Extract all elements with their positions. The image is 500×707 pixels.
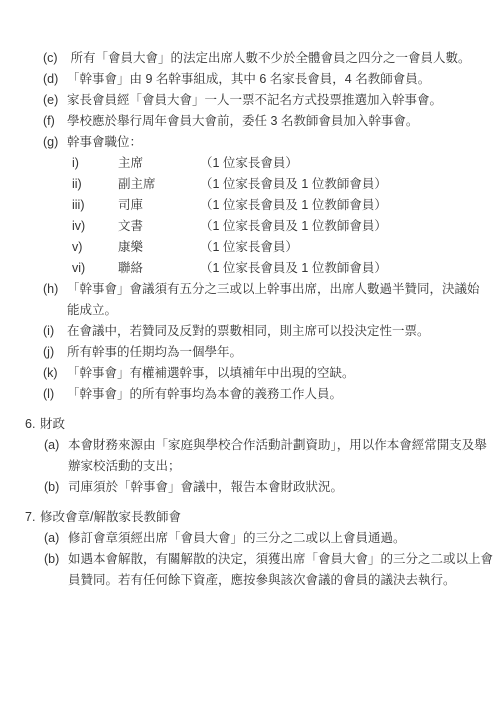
sections-container: 6.財政(a)本會財務來源由「家庭與學校合作活動計劃資助」，用以作本會經常開支及… [0, 414, 500, 591]
clause-item: (g)幹事會職位：i)主席（1 位家長會員）ii)副主席（1 位家長會員及 1 … [43, 132, 500, 279]
clause-item-line: 在會議中，若贊同及反對的票數相同，則主席可以投決定性一票。 [67, 321, 500, 342]
clause-item-line: 「幹事會」會議須有五分之三或以上幹事出席，出席人數過半贊同，決議始 [67, 279, 500, 300]
clause-item-label: (g) [43, 132, 67, 153]
officer-row: i)主席（1 位家長會員） [67, 153, 500, 174]
section-item-line: 辦家校活動的支出； [68, 456, 500, 477]
section-item-line: 修訂會章須經出席「會員大會」的三分之二或以上會員通過。 [68, 528, 500, 549]
section-item: (b)司庫須於「幹事會」會議中，報告本會財政狀況。 [44, 477, 500, 498]
officer-numeral: vi) [72, 258, 118, 279]
clause-item: (d)「幹事會」由 9 名幹事組成，其中 6 名家長會員，4 名教師會員。 [43, 69, 500, 90]
section-item-text: 修訂會章須經出席「會員大會」的三分之二或以上會員通過。 [68, 528, 500, 549]
officer-composition: （1 位家長會員及 1 位教師會員） [200, 258, 500, 279]
officer-numeral: i) [72, 153, 118, 174]
clause-item: (l)「幹事會」的所有幹事均為本會的義務工作人員。 [43, 384, 500, 405]
clause-item: (f)學校應於舉行周年會員大會前，委任 3 名教師會員加入幹事會。 [43, 111, 500, 132]
officer-title: 主席 [118, 153, 200, 174]
clause-item-text: 「幹事會」有權補選幹事，以填補年中出現的空缺。 [67, 363, 500, 384]
officer-row: ii)副主席（1 位家長會員及 1 位教師會員） [67, 174, 500, 195]
officer-title: 司庫 [118, 195, 200, 216]
section-title: 財政 [40, 414, 65, 435]
section-item-line: 本會財務來源由「家庭與學校合作活動計劃資助」，用以作本會經常開支及舉 [68, 435, 500, 456]
section-title: 修改會章/解散家長教師會 [40, 507, 181, 528]
clause-item-line: 「幹事會」由 9 名幹事組成，其中 6 名家長會員，4 名教師會員。 [67, 69, 500, 90]
clause-item-line: 家長會員經「會員大會」一人一票不記名方式投票推選加入幹事會。 [67, 90, 500, 111]
section-heading: 7.修改會章/解散家長教師會 [0, 507, 500, 528]
officer-title: 康樂 [118, 237, 200, 258]
clause-item-text: 「幹事會」由 9 名幹事組成，其中 6 名家長會員，4 名教師會員。 [67, 69, 500, 90]
section: 6.財政(a)本會財務來源由「家庭與學校合作活動計劃資助」，用以作本會經常開支及… [0, 414, 500, 498]
officer-numeral: v) [72, 237, 118, 258]
clause-item: (e)家長會員經「會員大會」一人一票不記名方式投票推選加入幹事會。 [43, 90, 500, 111]
document-page: (c) 所有「會員大會」的法定出席人數不少於全體會員之四分之一會員人數。(d)「… [0, 0, 500, 707]
clause-item-line: 能成立。 [67, 300, 500, 321]
clause-item-text: 所有「會員大會」的法定出席人數不少於全體會員之四分之一會員人數。 [67, 48, 500, 69]
clause-item-line: 所有幹事的任期均為一個學年。 [67, 342, 500, 363]
clause-item: (k)「幹事會」有權補選幹事，以填補年中出現的空缺。 [43, 363, 500, 384]
clause-item-line: 「幹事會」的所有幹事均為本會的義務工作人員。 [67, 384, 500, 405]
section-number: 6. [25, 414, 40, 435]
section-item-label: (a) [44, 528, 68, 549]
clause-item: (c) 所有「會員大會」的法定出席人數不少於全體會員之四分之一會員人數。 [43, 48, 500, 69]
section-heading: 6.財政 [0, 414, 500, 435]
clause-item-label: (e) [43, 90, 67, 111]
clause-item-text: 「幹事會」會議須有五分之三或以上幹事出席，出席人數過半贊同，決議始能成立。 [67, 279, 500, 321]
clause-item-line: 幹事會職位： [67, 132, 500, 153]
clause-item-label: (l) [43, 384, 67, 405]
section-item-line: 如遇本會解散，有關解散的決定，須獲出席「會員大會」的三分之二或以上會 [68, 549, 500, 570]
officer-row: v)康樂（1 位家長會員） [67, 237, 500, 258]
officer-composition: （1 位家長會員及 1 位教師會員） [200, 216, 500, 237]
clause-item-text: 家長會員經「會員大會」一人一票不記名方式投票推選加入幹事會。 [67, 90, 500, 111]
section-item: (a)修訂會章須經出席「會員大會」的三分之二或以上會員通過。 [44, 528, 500, 549]
clause-item: (i)在會議中，若贊同及反對的票數相同，則主席可以投決定性一票。 [43, 321, 500, 342]
clause-item-label: (c) [43, 48, 67, 69]
clause-item-line: 「幹事會」有權補選幹事，以填補年中出現的空缺。 [67, 363, 500, 384]
clause-item-text: 所有幹事的任期均為一個學年。 [67, 342, 500, 363]
section-item-label: (b) [44, 549, 68, 570]
officer-numeral: iii) [72, 195, 118, 216]
section-item: (b)如遇本會解散，有關解散的決定，須獲出席「會員大會」的三分之二或以上會員贊同… [44, 549, 500, 591]
section-item-label: (b) [44, 477, 68, 498]
section-item-line: 員贊同。若有任何餘下資產，應按參與該次會議的會員的議決去執行。 [68, 570, 500, 591]
officer-composition: （1 位家長會員及 1 位教師會員） [200, 195, 500, 216]
section-item-line: 司庫須於「幹事會」會議中，報告本會財政狀況。 [68, 477, 500, 498]
section-item: (a)本會財務來源由「家庭與學校合作活動計劃資助」，用以作本會經常開支及舉辦家校… [44, 435, 500, 477]
clause-list: (c) 所有「會員大會」的法定出席人數不少於全體會員之四分之一會員人數。(d)「… [0, 48, 500, 405]
officer-composition: （1 位家長會員及 1 位教師會員） [200, 174, 500, 195]
clause-item-text: 幹事會職位：i)主席（1 位家長會員）ii)副主席（1 位家長會員及 1 位教師… [67, 132, 500, 279]
section-number: 7. [25, 507, 40, 528]
clause-item: (j)所有幹事的任期均為一個學年。 [43, 342, 500, 363]
clause-item-label: (d) [43, 69, 67, 90]
officer-title: 聯絡 [118, 258, 200, 279]
officer-composition: （1 位家長會員） [200, 237, 500, 258]
section-item-text: 司庫須於「幹事會」會議中，報告本會財政狀況。 [68, 477, 500, 498]
officer-row: vi)聯絡（1 位家長會員及 1 位教師會員） [67, 258, 500, 279]
officer-numeral: iv) [72, 216, 118, 237]
officer-title: 文書 [118, 216, 200, 237]
section-item-text: 如遇本會解散，有關解散的決定，須獲出席「會員大會」的三分之二或以上會員贊同。若有… [68, 549, 500, 591]
officer-row: iii)司庫（1 位家長會員及 1 位教師會員） [67, 195, 500, 216]
clause-item-label: (k) [43, 363, 67, 384]
clause-item-text: 學校應於舉行周年會員大會前，委任 3 名教師會員加入幹事會。 [67, 111, 500, 132]
officer-title: 副主席 [118, 174, 200, 195]
clause-item-line: 所有「會員大會」的法定出席人數不少於全體會員之四分之一會員人數。 [67, 48, 500, 69]
section-item-text: 本會財務來源由「家庭與學校合作活動計劃資助」，用以作本會經常開支及舉辦家校活動的… [68, 435, 500, 477]
clause-item-text: 「幹事會」的所有幹事均為本會的義務工作人員。 [67, 384, 500, 405]
clause-item-label: (j) [43, 342, 67, 363]
clause-item-text: 在會議中，若贊同及反對的票數相同，則主席可以投決定性一票。 [67, 321, 500, 342]
officer-numeral: ii) [72, 174, 118, 195]
clause-item: (h)「幹事會」會議須有五分之三或以上幹事出席，出席人數過半贊同，決議始能成立。 [43, 279, 500, 321]
section-item-label: (a) [44, 435, 68, 456]
clause-item-label: (h) [43, 279, 67, 300]
officer-composition: （1 位家長會員） [200, 153, 500, 174]
clause-item-label: (f) [43, 111, 67, 132]
officer-row: iv)文書（1 位家長會員及 1 位教師會員） [67, 216, 500, 237]
clause-item-label: (i) [43, 321, 67, 342]
section: 7.修改會章/解散家長教師會(a)修訂會章須經出席「會員大會」的三分之二或以上會… [0, 507, 500, 591]
clause-item-line: 學校應於舉行周年會員大會前，委任 3 名教師會員加入幹事會。 [67, 111, 500, 132]
